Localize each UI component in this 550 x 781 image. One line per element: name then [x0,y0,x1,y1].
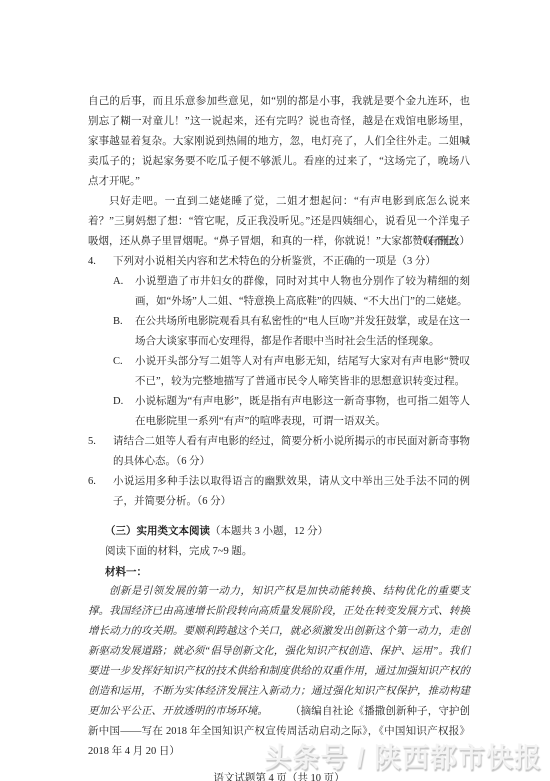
passage-paragraph-2: 只好走吧。一直到二姥姥睡了觉，二姐才想起问：“有声电影到底怎么说来着？”三舅妈想… [88,192,470,252]
question-5-stem-row: 5. 请结合二姐等人看有声电影的经过，简要分析小说所揭示的市民面对新奇事物的具体… [88,432,470,472]
edit-note: （有删改） [397,232,471,252]
question-6: 6. 小说运用多种手法以取得语言的幽默效果，请从文中举出三处手法不同的例子，并简… [88,472,470,512]
section-heading-title: （三）实用类文本阅读 [105,525,210,537]
option-c: C. 小说开头部分写二姐等人对有声电影无知，结尾写大家对有声电影“赞叹不已”，较… [113,352,470,392]
question-4-stem-row: 4. 下列对小说相关内容和艺术特色的分析鉴赏，不正确的一项是（3 分） [88,252,470,272]
option-b: B. 在公共场所电影院观看具有私密性的“电人巨吻”并发狂鼓掌，或是在这一场合大谈… [113,312,470,352]
option-c-text: 小说开头部分写二姐等人对有声电影无知，结尾写大家对有声电影“赞叹不已”，较为完整… [135,352,470,392]
option-d-label: D. [113,392,135,432]
option-d-text: 小说标题为“有声电影”，既是指有声电影这一新奇事物，也可指二姐等人在电影院里一系… [135,392,470,432]
section-heading: （三）实用类文本阅读（本题共 3 小题，12 分） [105,521,470,542]
passage-paragraph-1: 自己的后事，而且乐意参加些意见，如“别的都是小事，我就是要个金九连环，也别忘了糊… [88,92,470,192]
material-label: 材料一： [105,562,470,582]
material-one: 创新是引领发展的第一动力，知识产权是加快动能转换、结构优化的重要支撑。我国经济已… [88,582,470,762]
option-a-label: A. [113,272,135,312]
question-4: 4. 下列对小说相关内容和艺术特色的分析鉴赏，不正确的一项是（3 分） A. 小… [88,252,470,432]
option-a: A. 小说塑造了市井妇女的群像，同时对其中人物也分别作了较为精细的刻画，如“外场… [113,272,470,312]
section-heading-note: （本题共 3 小题，12 分） [210,526,328,537]
option-c-label: C. [113,352,135,392]
question-4-number: 4. [88,252,113,272]
question-6-stem-row: 6. 小说运用多种手法以取得语言的幽默效果，请从文中举出三处手法不同的例子，并简… [88,472,470,512]
exam-document: 自己的后事，而且乐意参加些意见，如“别的都是小事，我就是要个金九连环，也别忘了糊… [88,92,470,781]
question-5: 5. 请结合二姐等人看有声电影的经过，简要分析小说所揭示的市民面对新奇事物的具体… [88,432,470,472]
material-text: 创新是引领发展的第一动力，知识产权是加快动能转换、结构优化的重要支撑。我国经济已… [88,586,470,717]
option-b-label: B. [113,312,135,352]
option-a-text: 小说塑造了市井妇女的群像，同时对其中人物也分别作了较为精细的刻画，如“外场”人二… [135,272,470,312]
question-5-number: 5. [88,432,113,472]
question-4-stem: 下列对小说相关内容和艺术特色的分析鉴赏，不正确的一项是（3 分） [113,252,470,272]
option-b-text: 在公共场所电影院观看具有私密性的“电人巨吻”并发狂鼓掌，或是在这一场合大谈家事而… [135,312,470,352]
watermark-toutiao: 头条号 / 陕西都市快报 [264,736,542,775]
question-5-stem: 请结合二姐等人看有声电影的经过，简要分析小说所揭示的市民面对新奇事物的具体心态。… [113,432,470,472]
option-d: D. 小说标题为“有声电影”，既是指有声电影这一新奇事物，也可指二姐等人在电影院… [113,392,470,432]
question-6-stem: 小说运用多种手法以取得语言的幽默效果，请从文中举出三处手法不同的例子，并简要分析… [113,472,470,512]
question-6-number: 6. [88,472,113,512]
question-4-options: A. 小说塑造了市井妇女的群像，同时对其中人物也分别作了较为精细的刻画，如“外场… [113,272,470,432]
reading-instruction: 阅读下面的材料，完成 7~9 题。 [105,542,470,562]
